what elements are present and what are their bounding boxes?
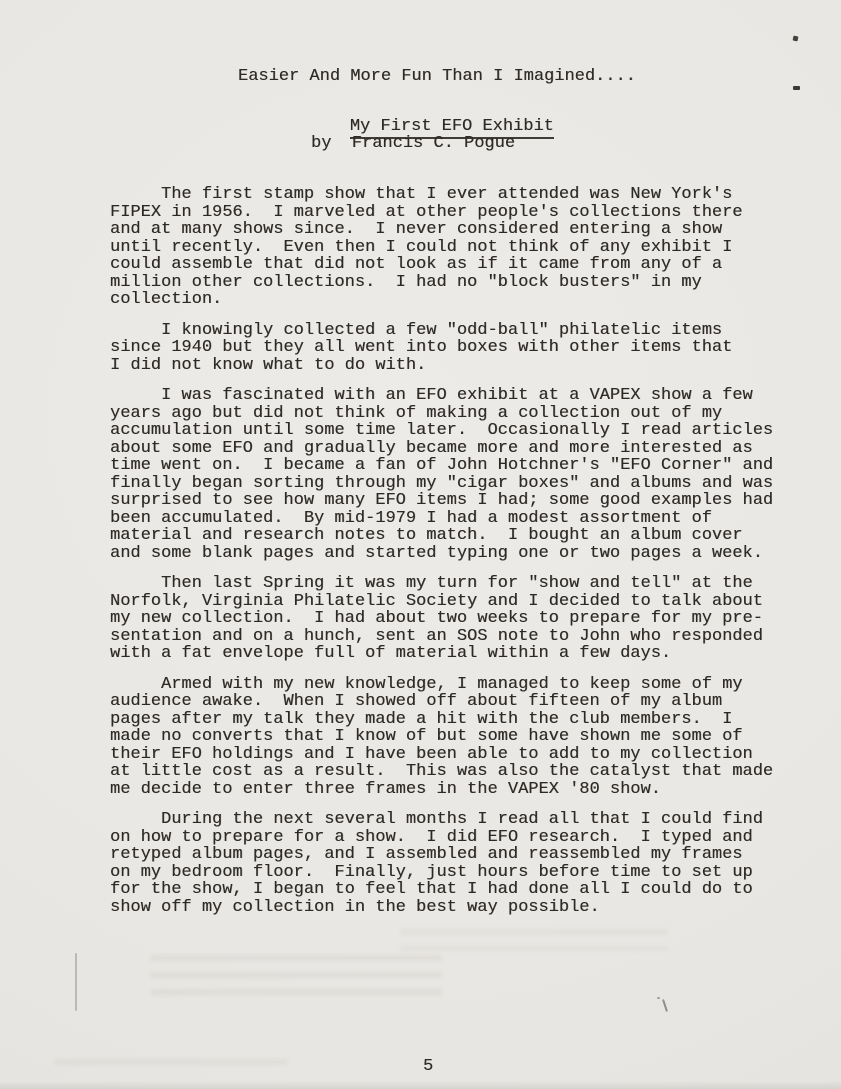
text-line: retyped album pages, and I assembled and… [110,846,773,864]
article-body: The first stamp show that I ever attende… [110,186,773,916]
bleed-through-text-ghost [150,955,442,1003]
text-line: their EFO holdings and I have been able … [110,746,773,764]
text-line: me decide to enter three frames in the V… [110,781,773,799]
text-line: Armed with my new knowledge, I managed t… [110,676,773,694]
text-line: at little cost as a result. This was als… [110,763,773,781]
paragraph: I knowingly collected a few "odd-ball" p… [110,322,773,375]
text-line: audience awake. When I showed off about … [110,693,773,711]
text-line: The first stamp show that I ever attende… [110,186,773,204]
paragraph: Then last Spring it was my turn for "sho… [110,575,773,663]
article-byline: by Francis C. Pogue [311,135,515,153]
text-line: about some EFO and gradually became more… [110,440,773,458]
paragraph: I was fascinated with an EFO exhibit at … [110,387,773,562]
text-line: I did not know what to do with. [110,357,773,375]
paragraph: The first stamp show that I ever attende… [110,186,773,309]
text-line: since 1940 but they all went into boxes … [110,339,773,357]
text-line: and at many shows since. I never conside… [110,221,773,239]
text-line: time went on. I became a fan of John Hot… [110,457,773,475]
scan-speck-artifact [793,36,799,42]
text-line: on how to prepare for a show. I did EFO … [110,829,773,847]
paragraph: During the next several months I read al… [110,811,773,916]
text-line: I was fascinated with an EFO exhibit at … [110,387,773,405]
bleed-through-text-ghost [55,1059,287,1072]
paragraph: Armed with my new knowledge, I managed t… [110,676,773,799]
text-line: could assemble that did not look as if i… [110,256,773,274]
text-line: During the next several months I read al… [110,811,773,829]
page-number: 5 [423,1058,433,1076]
text-line: on my bedroom floor. Finally, just hours… [110,864,773,882]
text-line: I knowingly collected a few "odd-ball" p… [110,322,773,340]
document-page: Easier And More Fun Than I Imagined.... … [0,0,841,1089]
scan-line-artifact [75,953,77,1011]
text-line: with a fat envelope full of material wit… [110,645,773,663]
text-line: material and research notes to match. I … [110,527,773,545]
text-line: million other collections. I had no "blo… [110,274,773,292]
text-line: my new collection. I had about two weeks… [110,610,773,628]
text-line: Norfolk, Virginia Philatelic Society and… [110,593,773,611]
text-line: show off my collection in the best way p… [110,899,773,917]
text-line: Then last Spring it was my turn for "sho… [110,575,773,593]
text-line: finally began sorting through my "cigar … [110,475,773,493]
text-line: FIPEX in 1956. I marveled at other peopl… [110,204,773,222]
bleed-through-text-ghost [400,929,668,951]
text-line: accumulation until some time later. Occa… [110,422,773,440]
text-line: for the show, I began to feel that I had… [110,881,773,899]
text-line: years ago but did not think of making a … [110,405,773,423]
text-line: until recently. Even then I could not th… [110,239,773,257]
page-bottom-edge-shadow [0,1081,841,1089]
scan-speck-artifact [793,86,800,90]
pen-mark-artifact [662,999,668,1012]
article-kicker: Easier And More Fun Than I Imagined.... [238,68,636,86]
text-line: been accumulated. By mid-1979 I had a mo… [110,510,773,528]
text-line: collection. [110,291,773,309]
text-line: pages after my talk they made a hit with… [110,711,773,729]
text-line: and some blank pages and started typing … [110,545,773,563]
text-line: made no converts that I know of but some… [110,728,773,746]
text-line: sentation and on a hunch, sent an SOS no… [110,628,773,646]
pen-mark-artifact [657,997,660,999]
text-line: surprised to see how many EFO items I ha… [110,492,773,510]
